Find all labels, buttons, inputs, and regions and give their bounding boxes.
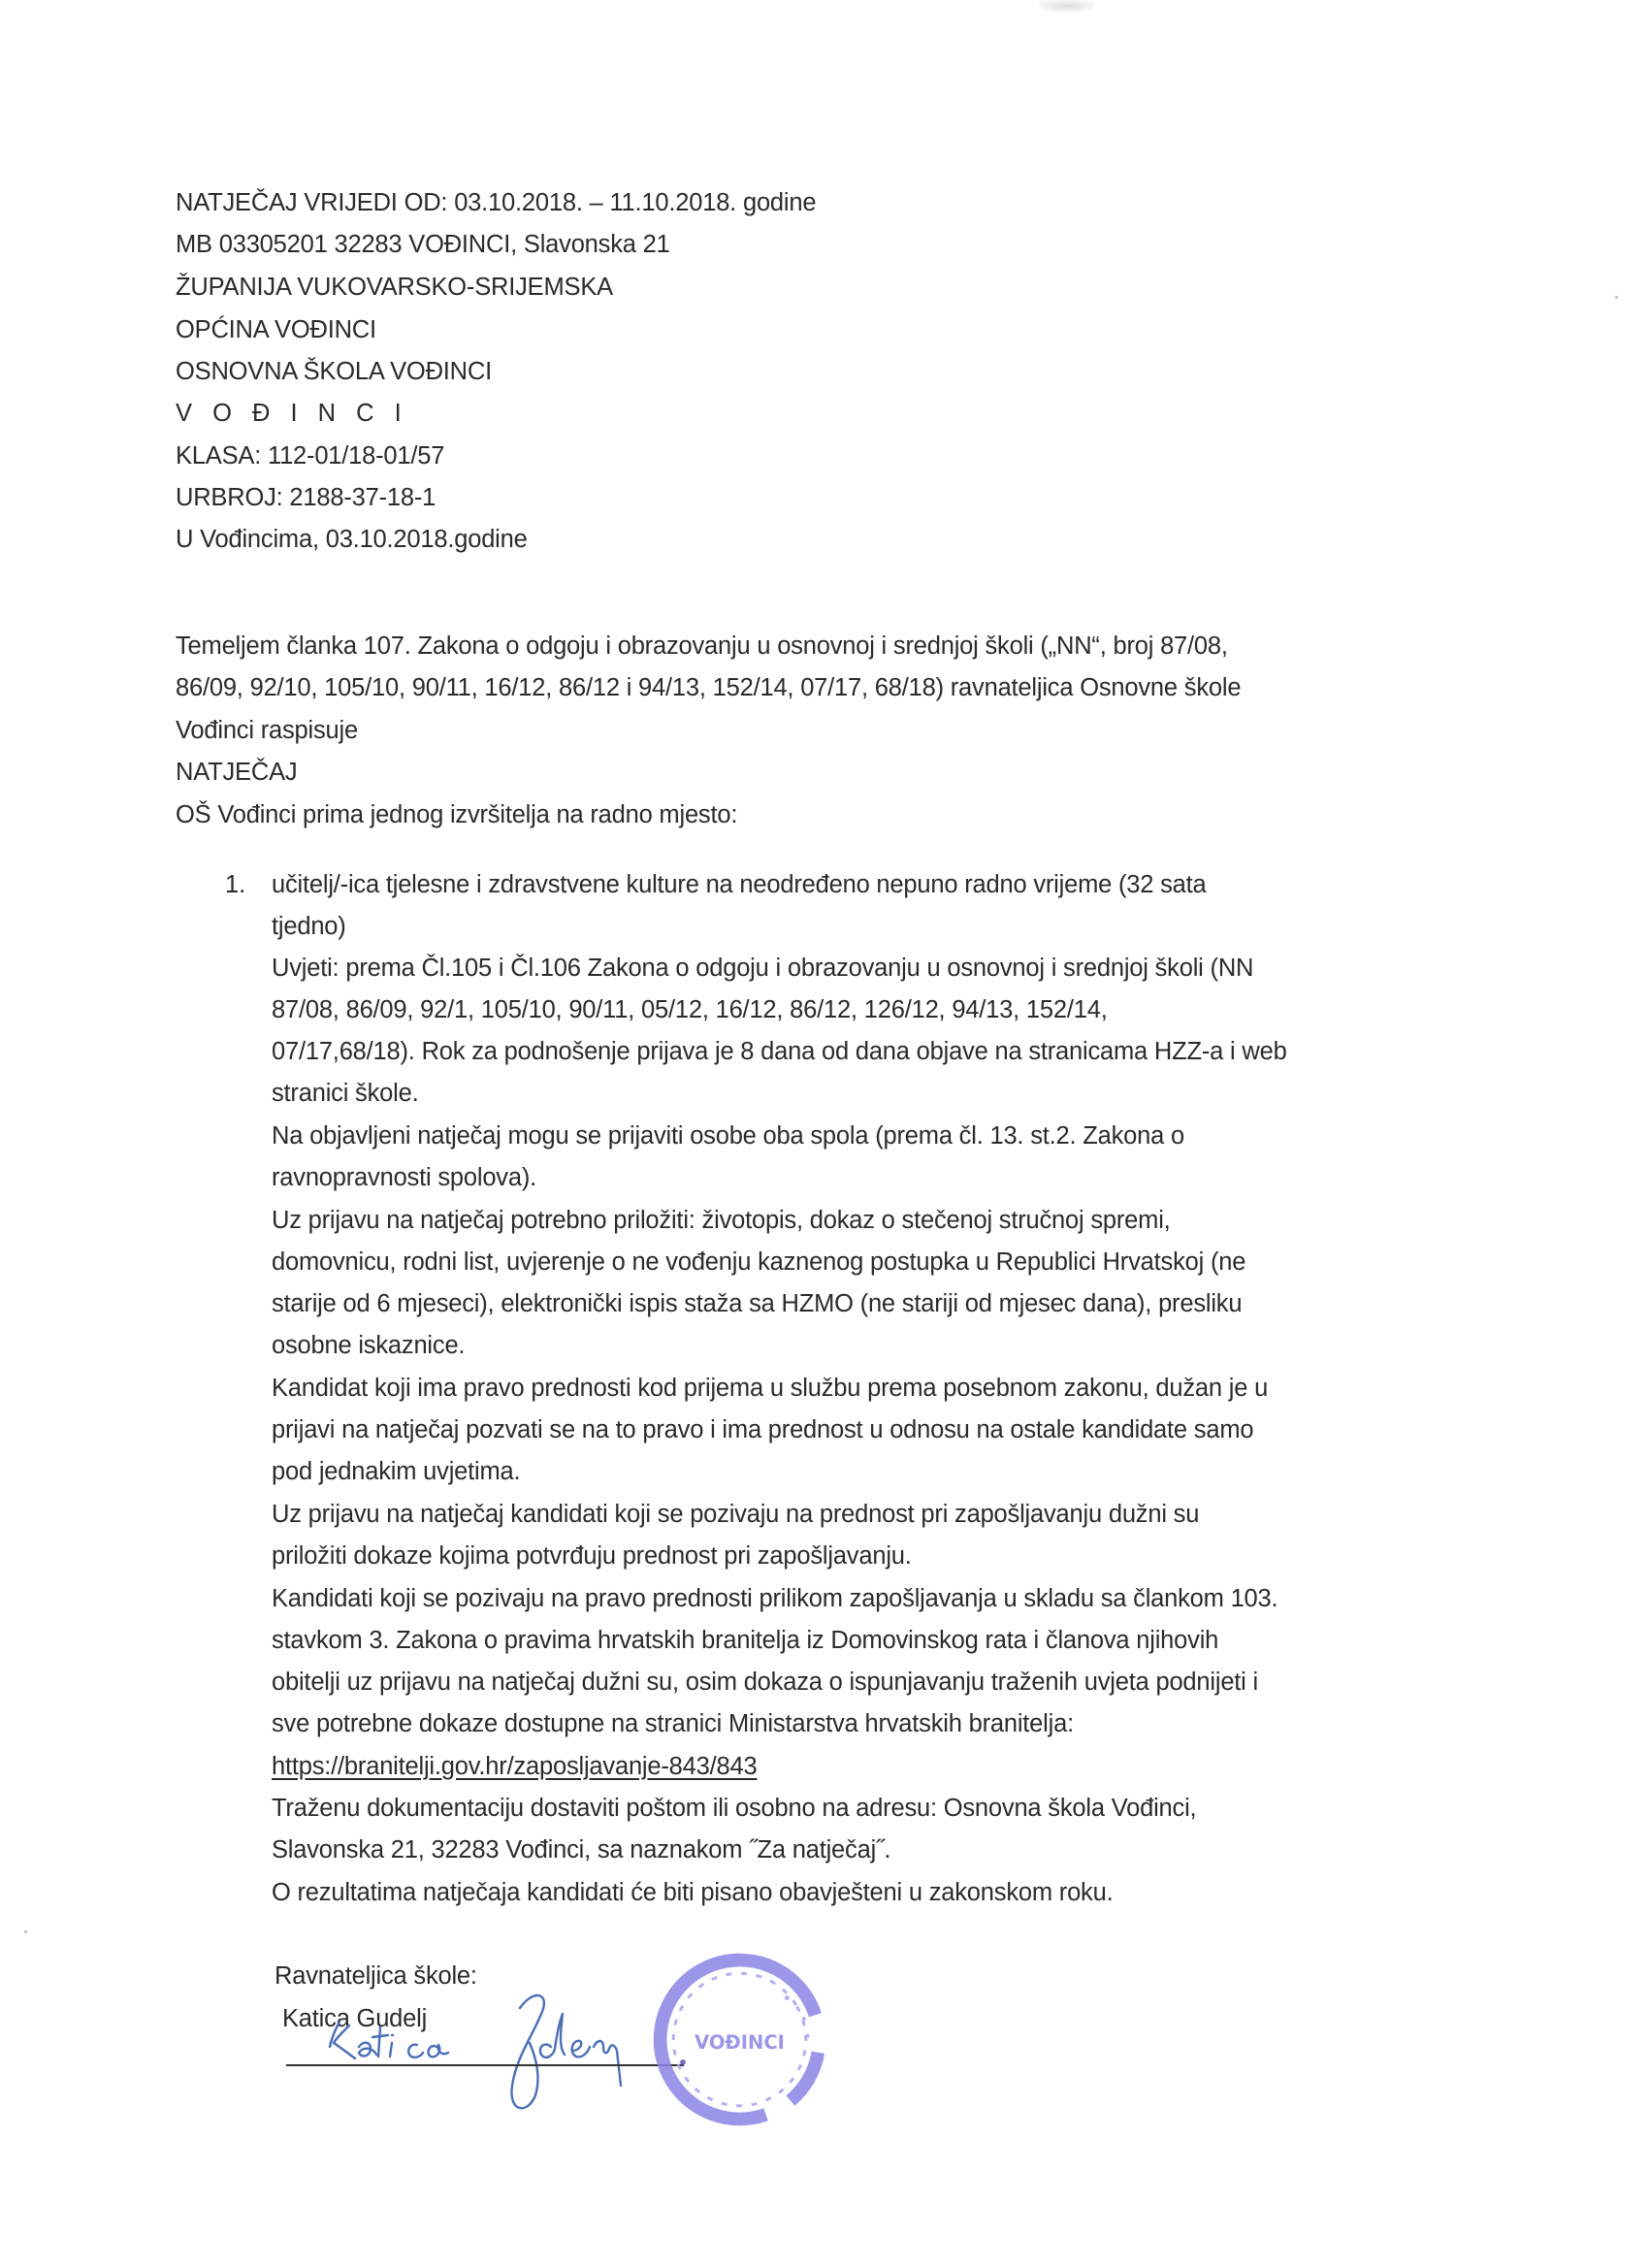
- position-text-line: starije od 6 mjeseci), elektronički ispi…: [272, 1289, 1242, 1318]
- position-text-line: prijavi na natječaj pozvati se na to pra…: [272, 1415, 1253, 1444]
- veterans-ministry-link[interactable]: https://branitelji.gov.hr/zaposljavanje-…: [272, 1753, 757, 1780]
- notice-title: NATJEČAJ: [176, 758, 297, 787]
- position-text-line: pod jednakim uvjetima.: [272, 1457, 520, 1486]
- position-text-line: učitelj/-ica tjelesne i zdravstvene kult…: [272, 870, 1207, 899]
- position-text-line: tjedno): [272, 912, 346, 941]
- preamble-line: Temeljem članka 107. Zakona o odgoju i o…: [176, 632, 1228, 661]
- notice-intro: OŠ Vođinci prima jednog izvršitelja na r…: [176, 800, 737, 829]
- registration-address: MB 03305201 32283 VOĐINCI, Slavonska 21: [176, 230, 670, 259]
- scan-artifact: [24, 1930, 27, 1933]
- handwritten-signature: [291, 1950, 679, 2124]
- klasa: KLASA: 112-01/18-01/57: [176, 441, 444, 470]
- position-text-line: domovnicu, rodni list, uvjerenje o ne vo…: [272, 1247, 1245, 1277]
- position-text-line: Kandidati koji se pozivaju na pravo pred…: [272, 1584, 1277, 1613]
- preamble-line: Vođinci raspisuje: [176, 716, 358, 745]
- preamble-line: 86/09, 92/10, 105/10, 90/11, 16/12, 86/1…: [176, 673, 1241, 702]
- position-text-line: Uz prijavu na natječaj potrebno priložit…: [272, 1206, 1171, 1235]
- closing-text-line: Traženu dokumentaciju dostaviti poštom i…: [272, 1794, 1196, 1823]
- urbroj: URBROJ: 2188-37-18-1: [176, 483, 436, 512]
- position-text-line: priložiti dokaze kojima potvrđuju predno…: [272, 1541, 912, 1571]
- position-text-line: stavkom 3. Zakona o pravima hrvatskih br…: [272, 1626, 1218, 1655]
- signature-line: [286, 2064, 684, 2066]
- position-text-line: Uz prijavu na natječaj kandidati koji se…: [272, 1500, 1199, 1529]
- svg-text:VOĐINCI: VOĐINCI: [695, 2031, 785, 2054]
- position-text-line: ravnopravnosti spolova).: [272, 1163, 536, 1192]
- closing-text-line: Slavonska 21, 32283 Vođinci, sa naznakom…: [272, 1835, 890, 1864]
- position-text-line: 87/08, 86/09, 92/1, 105/10, 90/11, 05/12…: [272, 995, 1108, 1024]
- position-text-line: obitelji uz prijavu na natječaj dužni su…: [272, 1668, 1258, 1697]
- position-text-line: sve potrebne dokaze dostupne na stranici…: [272, 1709, 1074, 1738]
- position-text-line: Kandidat koji ima pravo prednosti kod pr…: [272, 1374, 1268, 1403]
- position-text-line: Uvjeti: prema Čl.105 i Čl.106 Zakona o o…: [272, 954, 1253, 983]
- municipality: OPĆINA VOĐINCI: [176, 315, 376, 344]
- position-text-line: stranici škole.: [272, 1079, 418, 1108]
- position-text-line: osobne iskaznice.: [272, 1331, 465, 1360]
- official-stamp: VOĐINCI: [645, 1945, 834, 2134]
- validity-period: NATJEČAJ VRIJEDI OD: 03.10.2018. – 11.10…: [176, 188, 816, 217]
- closing-text-line: O rezultatima natječaja kandidati će bit…: [272, 1878, 1113, 1907]
- scan-artifact: [1038, 0, 1096, 12]
- list-number: 1.: [225, 870, 245, 899]
- position-text-line: 07/17,68/18). Rok za podnošenje prijava …: [272, 1037, 1287, 1066]
- veterans-link[interactable]: https://branitelji.gov.hr/zaposljavanje-…: [272, 1752, 757, 1781]
- scan-artifact: [1615, 296, 1618, 299]
- county: ŽUPANIJA VUKOVARSKO-SRIJEMSKA: [176, 273, 613, 302]
- school-name: OSNOVNA ŠKOLA VOĐINCI: [176, 357, 492, 386]
- position-text-line: Na objavljeni natječaj mogu se prijaviti…: [272, 1121, 1184, 1150]
- town-name: V O Đ I N C I: [176, 399, 408, 428]
- place-date: U Vođincima, 03.10.2018.godine: [176, 525, 528, 554]
- document-page: NATJEČAJ VRIJEDI OD: 03.10.2018. – 11.10…: [0, 0, 1649, 2268]
